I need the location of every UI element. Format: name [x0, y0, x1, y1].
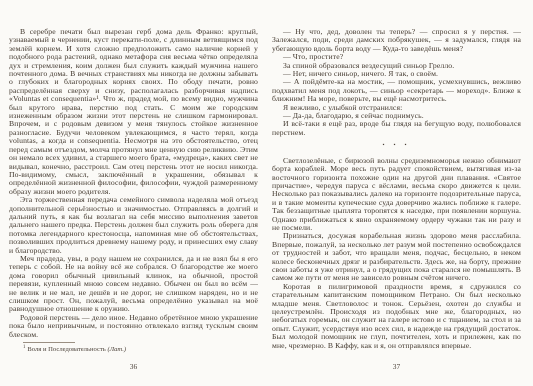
- paragraph: — А пойдёмте-ка на мостик, — помощник, у…: [272, 78, 521, 103]
- paragraph: Эта торжественная передача семейного сим…: [9, 196, 258, 255]
- page-number-right: 37: [272, 362, 521, 371]
- paragraph: — Ну что, дед, доволен ты теперь? — спро…: [272, 28, 521, 53]
- left-page-text: В серебре печати был вырезан герб дома д…: [9, 28, 258, 339]
- footnote-lang-note: (Лат.): [107, 346, 126, 353]
- paragraph: В серебре печати был вырезан герб дома д…: [9, 28, 258, 196]
- paragraph: И всё-таки я ещё раз, вроде бы глядя на …: [272, 120, 521, 137]
- paragraph: Меч прадеда, увы, в роду нашем не сохран…: [9, 255, 258, 314]
- footnote-text: 1Воля и Последовательность (Лат.): [9, 346, 258, 354]
- footnote-marker: 1: [23, 345, 25, 350]
- page-number-left: 36: [9, 362, 258, 371]
- footnote: 1Воля и Последовательность (Лат.): [9, 342, 258, 354]
- paragraph: Светлозелёные, с бирюзой волны средиземн…: [272, 157, 521, 233]
- footnote-rule: [23, 342, 75, 343]
- paragraph: Признаться, досужая корабельная жизнь зд…: [272, 232, 521, 282]
- footnote-body: Воля и Последовательность: [27, 346, 107, 353]
- right-page-text: — Ну что, дед, доволен ты теперь? — спро…: [272, 28, 521, 350]
- book-spread: В серебре печати был вырезан герб дома д…: [0, 0, 533, 386]
- paragraph: Родовой перстень — дело иное. Недавно об…: [9, 314, 258, 339]
- section-divider: ▪ ▪ ▪: [272, 142, 521, 150]
- paragraph: Коротая в пилигримовой праздности время,…: [272, 283, 521, 350]
